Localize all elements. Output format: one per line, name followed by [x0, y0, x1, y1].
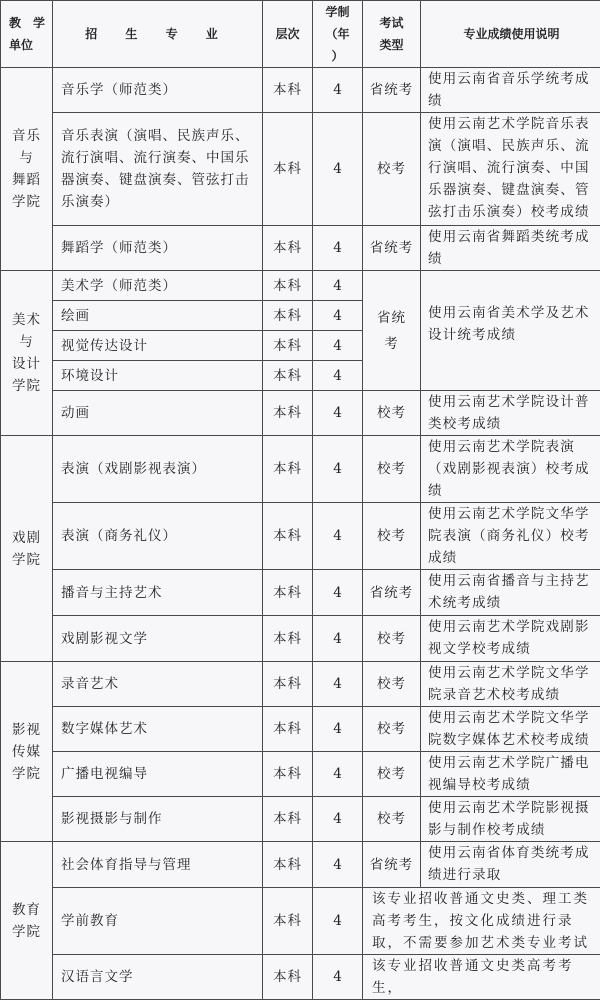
header-exam-type: 考试 类型	[363, 1, 421, 68]
level-cell: 本科	[263, 662, 313, 707]
unit-cell: 影视 传媒 学院	[1, 662, 53, 842]
exam-cell: 校考	[363, 391, 421, 436]
exam-cell: 省统考	[363, 68, 421, 113]
major-cell: 音乐表演（演唱、民族声乐、流行演唱、流行演奏、中国乐器演奏、键盘演奏、管弦打击乐…	[53, 113, 263, 226]
level-cell: 本科	[263, 361, 313, 391]
header-years: 学制 （年 ）	[313, 1, 363, 68]
note-cell: 使用云南艺术学院广播电视编导校考成绩	[421, 752, 600, 797]
table-row: 数字媒体艺术 本科 4 校考 使用云南艺术学院文华学院数字媒体艺术校考成绩	[1, 707, 600, 752]
header-major-label: 招 生 专 业	[85, 27, 230, 41]
major-cell: 录音艺术	[53, 662, 263, 707]
major-cell: 美术学（师范类）	[53, 271, 263, 301]
years-cell: 4	[313, 391, 363, 436]
unit-line: 学院	[1, 549, 52, 571]
unit-line: 戏剧	[1, 527, 52, 549]
table-row: 广播电视编导 本科 4 校考 使用云南艺术学院广播电视编导校考成绩	[1, 752, 600, 797]
exam-cell: 校考	[363, 797, 421, 842]
level-cell: 本科	[263, 797, 313, 842]
table-row: 教育 学院 社会体育指导与管理 本科 4 省统考 使用云南省体育类统考成绩进行录…	[1, 842, 600, 888]
major-cell: 绘画	[53, 301, 263, 331]
note-cell: 使用云南省播音与主持艺术统考成绩	[421, 570, 600, 616]
unit-line: 音乐	[1, 125, 52, 147]
exam-cell: 省统考	[363, 226, 421, 271]
table-row: 影视摄影与制作 本科 4 校考 使用云南艺术学院影视摄影与制作校考成绩	[1, 797, 600, 842]
unit-line: 学院	[1, 921, 52, 943]
exam-cell: 校考	[363, 503, 421, 570]
unit-line: 舞蹈	[1, 169, 52, 191]
level-cell: 本科	[263, 301, 313, 331]
unit-line: 设计	[1, 353, 52, 375]
note-cell: 使用云南艺术学院文华学院录音艺术校考成绩	[421, 662, 600, 707]
level-cell: 本科	[263, 570, 313, 616]
header-unit-line: 教 学	[9, 12, 52, 34]
exam-cell: 校考	[363, 616, 421, 662]
years-cell: 4	[313, 797, 363, 842]
years-cell: 4	[313, 707, 363, 752]
unit-cell: 戏剧 学院	[1, 436, 53, 662]
table-row: 戏剧影视文学 本科 4 校考 使用云南艺术学院戏剧影视文学校考成绩	[1, 616, 600, 662]
years-cell: 4	[313, 752, 363, 797]
exam-cell: 校考	[363, 436, 421, 503]
header-exam-line: 考试	[363, 12, 420, 34]
major-cell: 社会体育指导与管理	[53, 842, 263, 888]
major-cell: 学前教育	[53, 888, 263, 955]
major-cell: 舞蹈学（师范类）	[53, 226, 263, 271]
level-cell: 本科	[263, 391, 313, 436]
unit-line: 与	[1, 147, 52, 169]
table-row: 播音与主持艺术 本科 4 省统考 使用云南省播音与主持艺术统考成绩	[1, 570, 600, 616]
level-cell: 本科	[263, 113, 313, 226]
exam-cell: 校考	[363, 113, 421, 226]
note-cell: 使用云南艺术学院戏剧影视文学校考成绩	[421, 616, 600, 662]
years-cell: 4	[313, 616, 363, 662]
unit-cell: 美术 与 设计 学院	[1, 271, 53, 436]
unit-line: 学院	[1, 763, 52, 785]
header-major: 招 生 专 业	[53, 1, 263, 68]
years-cell: 4	[313, 271, 363, 301]
note-cell: 使用云南艺术学院表演（戏剧影视表演）校考成绩	[421, 436, 600, 503]
unit-cell: 音乐 与 舞蹈 学院	[1, 68, 53, 271]
years-cell: 4	[313, 436, 363, 503]
note-cell: 使用云南省音乐学统考成绩	[421, 68, 600, 113]
major-cell: 影视摄影与制作	[53, 797, 263, 842]
major-cell: 数字媒体艺术	[53, 707, 263, 752]
years-cell: 4	[313, 68, 363, 113]
level-cell: 本科	[263, 616, 313, 662]
major-cell: 汉语言文学	[53, 955, 263, 987]
table-row: 音乐表演（演唱、民族声乐、流行演唱、流行演奏、中国乐器演奏、键盘演奏、管弦打击乐…	[1, 113, 600, 226]
exam-merged-label: 省统考	[377, 305, 407, 357]
unit-line: 美术	[1, 309, 52, 331]
header-exam-line: 类型	[363, 34, 420, 56]
major-cell: 音乐学（师范类）	[53, 68, 263, 113]
table-row: 戏剧 学院 表演（戏剧影视表演） 本科 4 校考 使用云南艺术学院表演（戏剧影视…	[1, 436, 600, 503]
table-row: 舞蹈学（师范类） 本科 4 省统考 使用云南省舞蹈类统考成绩	[1, 226, 600, 271]
header-level: 层次	[263, 1, 313, 68]
unit-line: 传媒	[1, 741, 52, 763]
header-note: 专业成绩使用说明	[421, 1, 600, 68]
header-row: 教 学 单位 招 生 专 业 层次 学制 （年 ） 考试 类型 专业成绩使用说明	[1, 1, 600, 68]
note-cell: 使用云南省舞蹈类统考成绩	[421, 226, 600, 271]
note-cell: 使用云南艺术学院设计普类校考成绩	[421, 391, 600, 436]
unit-line: 影视	[1, 719, 52, 741]
major-cell: 视觉传达设计	[53, 331, 263, 361]
major-cell: 播音与主持艺术	[53, 570, 263, 616]
years-cell: 4	[313, 955, 363, 987]
header-unit: 教 学 单位	[1, 1, 53, 68]
level-cell: 本科	[263, 436, 313, 503]
note-cell: 使用云南艺术学院文华学院数字媒体艺术校考成绩	[421, 707, 600, 752]
table-row: 音乐 与 舞蹈 学院 音乐学（师范类） 本科 4 省统考 使用云南省音乐学统考成…	[1, 68, 600, 113]
table-row: 表演（商务礼仪） 本科 4 校考 使用云南艺术学院文华学院表演（商务礼仪）校考成…	[1, 503, 600, 570]
note-cell: 使用云南艺术学院音乐表演（演唱、民族声乐、流行演唱、流行演奏、中国乐器演奏、键盘…	[421, 113, 600, 226]
years-cell: 4	[313, 888, 363, 955]
header-years-line: 学制	[313, 1, 362, 23]
level-cell: 本科	[263, 503, 313, 570]
table-row: 美术 与 设计 学院 美术学（师范类） 本科 4 省统考 使用云南省美术学及艺术…	[1, 271, 600, 301]
years-cell: 4	[313, 331, 363, 361]
exam-cell: 校考	[363, 752, 421, 797]
header-years-line: ）	[313, 45, 362, 67]
exam-cell-merged: 省统考	[363, 271, 421, 391]
unit-cell: 教育 学院	[1, 842, 53, 987]
unit-line: 学院	[1, 191, 52, 213]
level-cell: 本科	[263, 331, 313, 361]
level-cell: 本科	[263, 226, 313, 271]
years-cell: 4	[313, 570, 363, 616]
unit-line: 与	[1, 331, 52, 353]
unit-line: 教育	[1, 899, 52, 921]
years-cell: 4	[313, 662, 363, 707]
years-cell: 4	[313, 842, 363, 888]
major-cell: 表演（商务礼仪）	[53, 503, 263, 570]
exam-cell: 省统考	[363, 570, 421, 616]
table-row: 影视 传媒 学院 录音艺术 本科 4 校考 使用云南艺术学院文华学院录音艺术校考…	[1, 662, 600, 707]
years-cell: 4	[313, 503, 363, 570]
major-cell: 戏剧影视文学	[53, 616, 263, 662]
note-cell: 使用云南艺术学院影视摄影与制作校考成绩	[421, 797, 600, 842]
level-cell: 本科	[263, 707, 313, 752]
exam-cell: 校考	[363, 662, 421, 707]
level-cell: 本科	[263, 68, 313, 113]
unit-line: 学院	[1, 375, 52, 397]
level-cell: 本科	[263, 955, 313, 987]
level-cell: 本科	[263, 752, 313, 797]
level-cell: 本科	[263, 888, 313, 955]
admissions-table: 教 学 单位 招 生 专 业 层次 学制 （年 ） 考试 类型 专业成绩使用说明	[0, 0, 600, 986]
exam-cell: 校考	[363, 707, 421, 752]
level-cell: 本科	[263, 842, 313, 888]
level-cell: 本科	[263, 271, 313, 301]
major-cell: 环境设计	[53, 361, 263, 391]
years-cell: 4	[313, 361, 363, 391]
note-cell-wide: 该专业招收普通文史类高考考生，	[363, 955, 600, 987]
note-cell-merged: 使用云南省美术学及艺术设计统考成绩	[421, 271, 600, 391]
note-cell-wide: 该专业招收普通文史类、理工类高考考生，按文化成绩进行录取，不需要参加艺术类专业考…	[363, 888, 600, 955]
major-cell: 广播电视编导	[53, 752, 263, 797]
exam-cell: 省统考	[363, 842, 421, 888]
years-cell: 4	[313, 226, 363, 271]
major-cell: 表演（戏剧影视表演）	[53, 436, 263, 503]
major-cell: 动画	[53, 391, 263, 436]
years-cell: 4	[313, 301, 363, 331]
table-row: 汉语言文学 本科 4 该专业招收普通文史类高考考生，	[1, 955, 600, 987]
years-cell: 4	[313, 113, 363, 226]
note-cell: 使用云南艺术学院文华学院表演（商务礼仪）校考成绩	[421, 503, 600, 570]
table-row: 动画 本科 4 校考 使用云南艺术学院设计普类校考成绩	[1, 391, 600, 436]
table-row: 学前教育 本科 4 该专业招收普通文史类、理工类高考考生，按文化成绩进行录取，不…	[1, 888, 600, 955]
note-cell: 使用云南省体育类统考成绩进行录取	[421, 842, 600, 888]
header-unit-line: 单位	[9, 34, 52, 56]
header-years-line: （年	[313, 23, 362, 45]
